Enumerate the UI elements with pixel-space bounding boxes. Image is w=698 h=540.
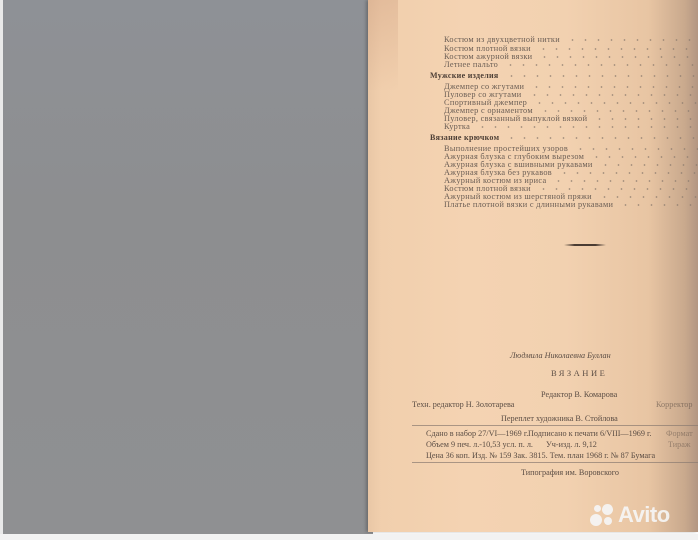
scan-bottom-edge: [0, 534, 698, 540]
avito-dots-icon: [590, 504, 616, 526]
scanner-background: [3, 0, 373, 534]
rule-bottom: [412, 462, 698, 463]
dot-leader: [504, 60, 698, 70]
toc-entry: Костюм из двухцветной нитки: [444, 35, 560, 44]
toc-entry-text: Платье плотной вязки с длинными рукавами: [444, 200, 613, 209]
toc-entry: Летнее пальто: [444, 60, 498, 69]
toc-entry-text: Мужские изделия: [430, 71, 499, 80]
price-line: Цена 36 коп. Изд. № 159 Зак. 3815. Тем. …: [426, 451, 655, 460]
toc-entry: Куртка: [444, 122, 470, 131]
dot-leader: [476, 122, 698, 132]
print-date: Подписано к печати 6/VIII—1969 г.: [528, 429, 652, 438]
corrector-line: Корректор: [656, 400, 693, 409]
section-divider: [564, 244, 606, 246]
toc-entry-text: Костюм из двухцветной нитки: [444, 35, 560, 44]
avito-wordmark: Avito: [618, 502, 670, 528]
dot-leader: [505, 71, 698, 81]
dot-leader: [619, 200, 698, 210]
editor-line: Редактор В. Комарова: [541, 390, 617, 399]
format-label: Формат: [666, 429, 693, 438]
printer-line: Типография им. Воровского: [521, 468, 619, 477]
toc-entry-text: Куртка: [444, 122, 470, 131]
toc-entry-text: Летнее пальто: [444, 60, 498, 69]
volume-line: Объем 9 печ. л.-10,53 усл. п. л.: [426, 440, 533, 449]
toc-entry-text: Вязание крючком: [430, 133, 499, 142]
toc-entry: Платье плотной вязки с длинными рукавами: [444, 200, 613, 209]
author-name: Людмила Николаевна Буллан: [510, 351, 611, 360]
rule-top: [412, 425, 698, 426]
print-run-label: Тираж: [668, 440, 691, 449]
book-title: ВЯЗАНИЕ: [551, 368, 607, 378]
dot-leader: [505, 133, 698, 143]
toc-section-heading: Вязание крючком: [430, 133, 499, 142]
typeset-date: Сдано в набор 27/VI—1969 г.: [426, 429, 528, 438]
publisher-sheets: Уч-изд. л. 9,12: [546, 440, 597, 449]
toc-section-heading: Мужские изделия: [430, 71, 499, 80]
book-page: Костюм из двухцветной ниткиКостюм плотно…: [368, 0, 698, 532]
tech-editor-line: Техн. редактор Н. Золотарева: [412, 400, 514, 409]
avito-watermark: Avito: [590, 500, 670, 530]
cover-artist-line: Переплет художника В. Стойлова: [501, 414, 618, 423]
